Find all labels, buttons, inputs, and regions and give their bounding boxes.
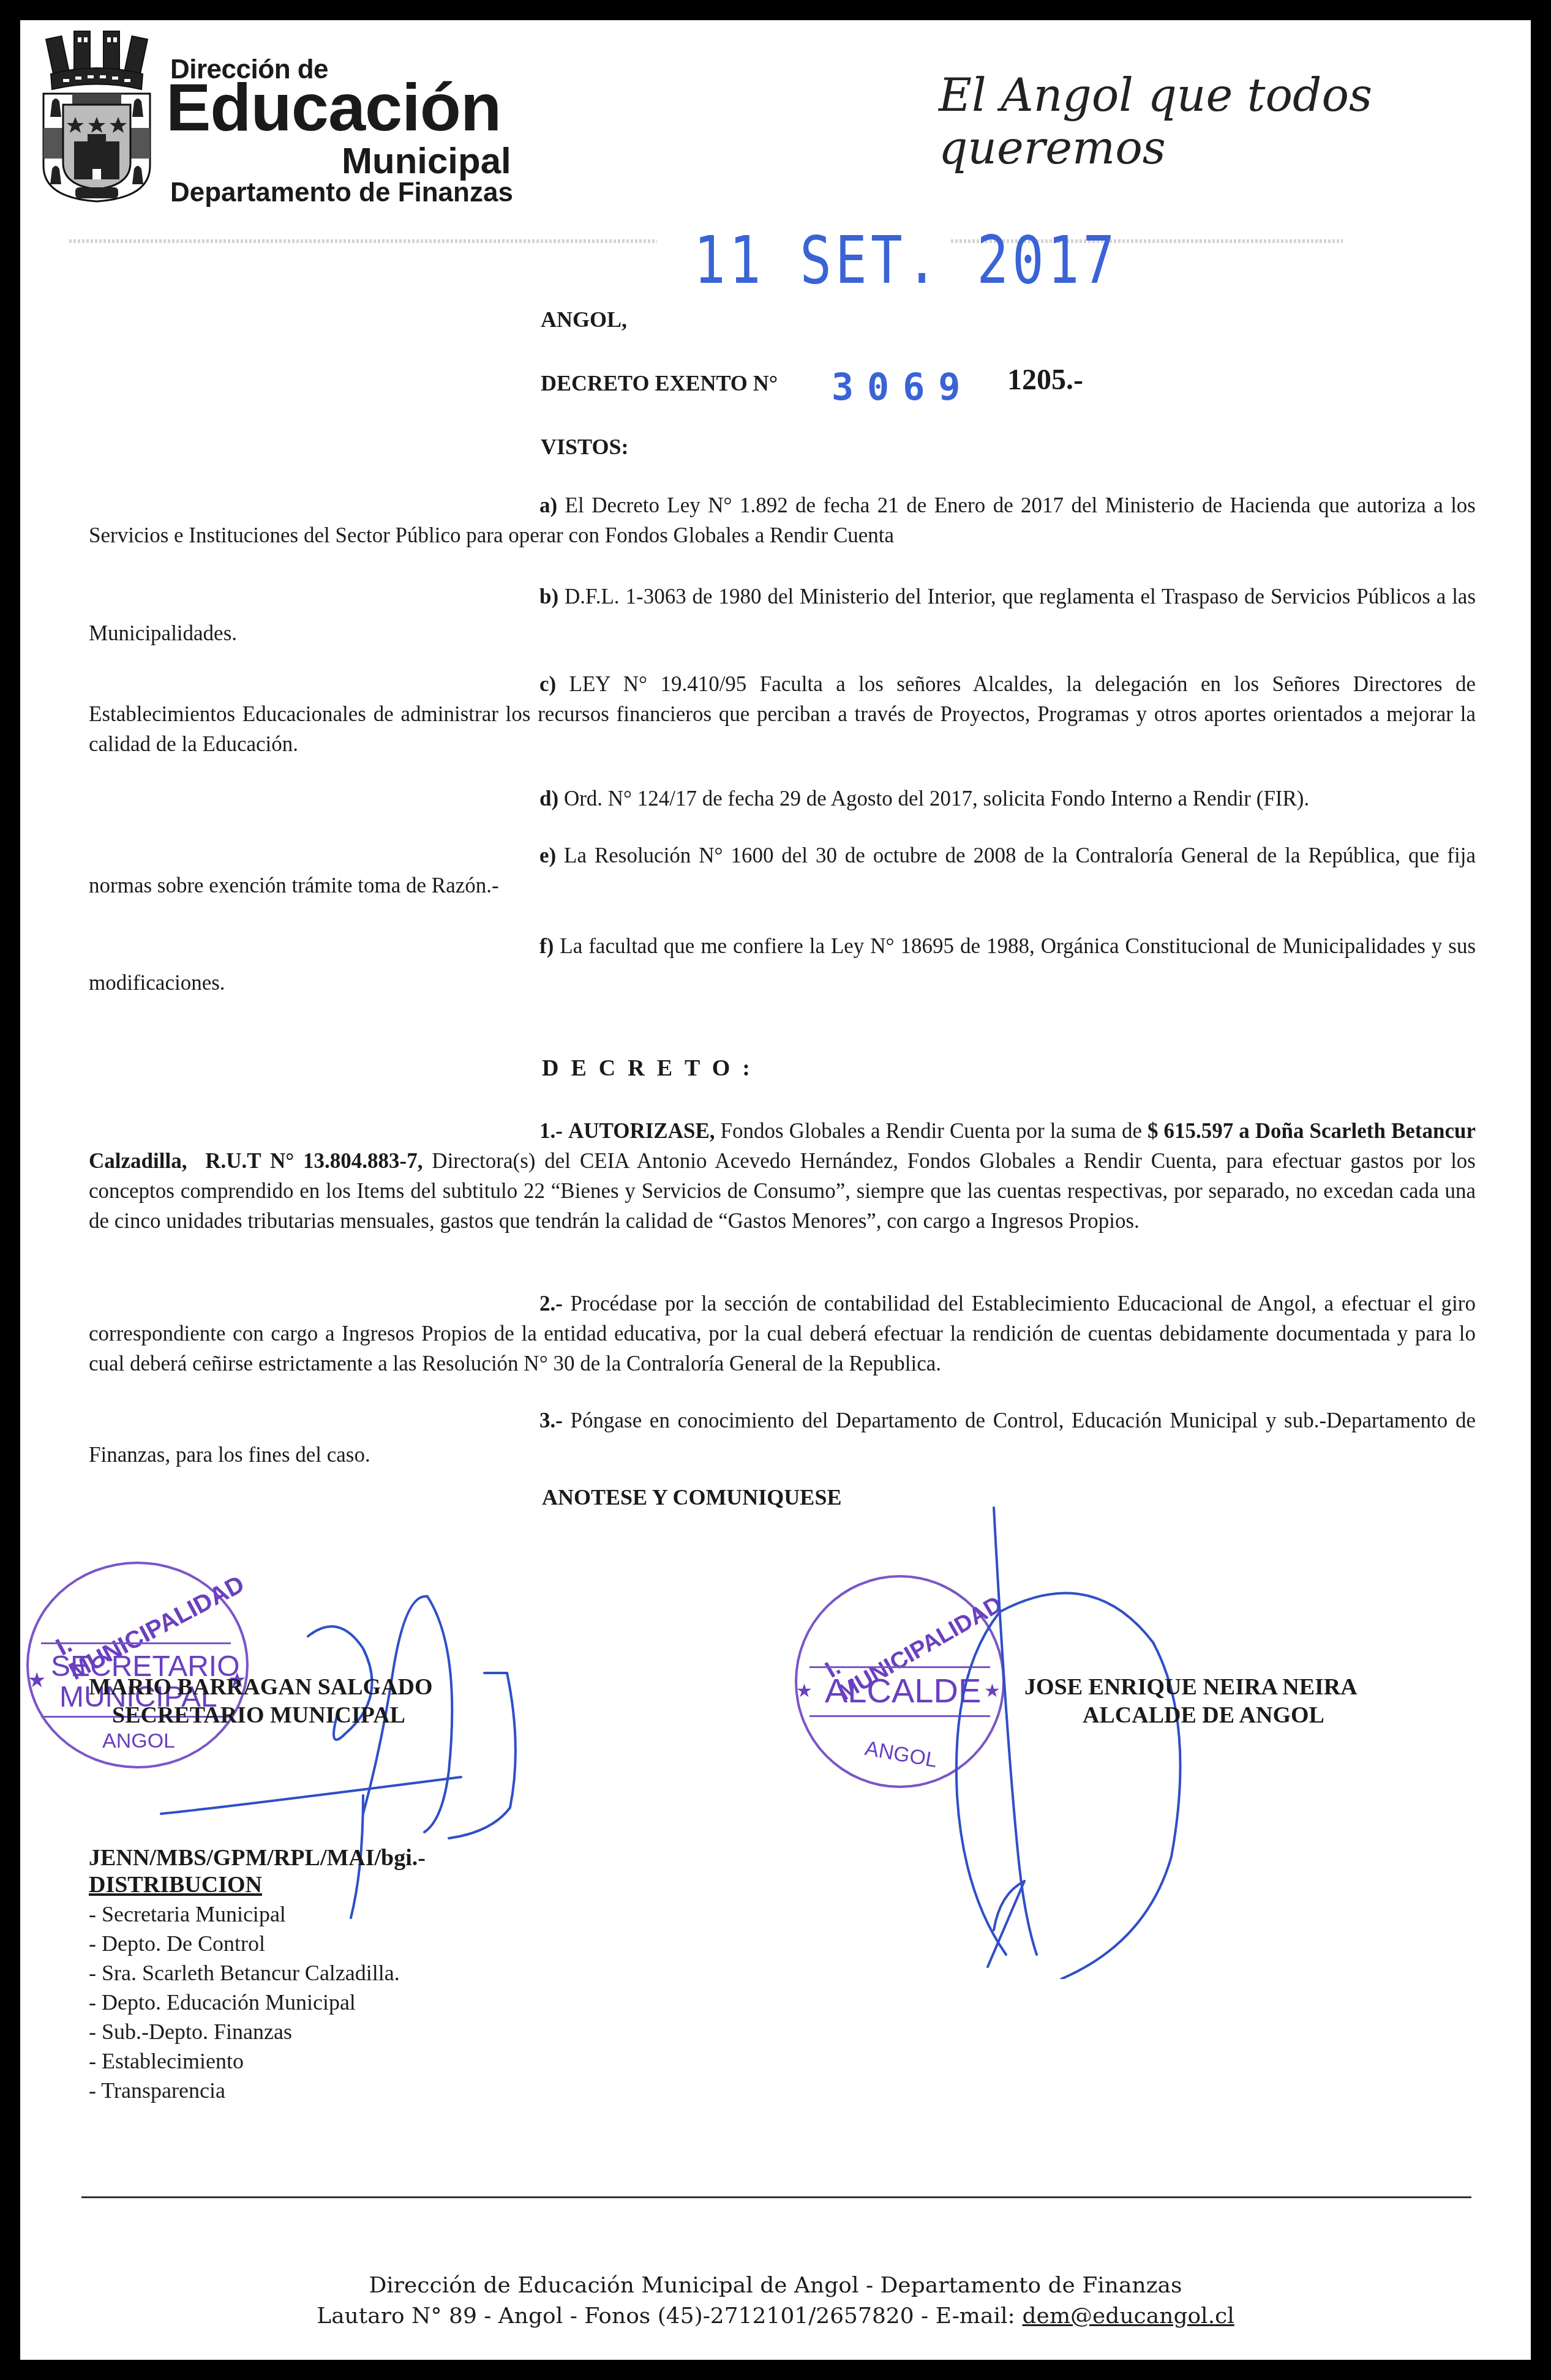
list-item: - Depto. De Control <box>89 1929 400 1958</box>
visto-label: c) <box>539 672 556 696</box>
vistos-heading: VISTOS: <box>541 434 628 460</box>
list-item: - Depto. Educación Municipal <box>89 1988 400 2017</box>
decreto-item-3: 3.- Póngase en conocimiento del Departam… <box>89 1404 1476 1472</box>
footer-org: Dirección de Educación Municipal de Ango… <box>20 2273 1531 2298</box>
decreto-item-1: 1.- AUTORIZASE, Fondos Globales a Rendir… <box>89 1116 1476 1236</box>
item-text: Procédase por la sección de contabilidad… <box>89 1292 1476 1375</box>
item-label: 1.- <box>539 1119 563 1143</box>
footer-contact: Lautaro N° 89 - Angol - Fonos (45)-27121… <box>20 2303 1531 2329</box>
visto-label: e) <box>539 844 556 867</box>
date-stamp: 11 SET. 2017 <box>694 222 1118 299</box>
list-item: - Sra. Scarleth Betancur Calzadilla. <box>89 1958 400 1988</box>
brand-line-departamento: Departamento de Finanzas <box>170 179 513 206</box>
visto-b: b) D.F.L. 1-3063 de 1980 del Ministerio … <box>89 578 1476 652</box>
city-label: ANGOL, <box>541 307 627 332</box>
item-lead: AUTORIZASE, <box>568 1119 715 1143</box>
mayor-name: JOSE ENRIQUE NEIRA NEIRA <box>1024 1673 1358 1701</box>
visto-label: b) <box>539 585 558 608</box>
footer-address: Lautaro N° 89 - Angol - Fonos (45)-27121… <box>317 2303 1015 2329</box>
visto-text: La facultad que me confiere la Ley N° 18… <box>89 934 1476 995</box>
visto-text: Ord. N° 124/17 de fecha 29 de Agosto del… <box>564 787 1309 810</box>
secretary-name: MARIO BARRAGAN SALGADO <box>89 1673 433 1701</box>
list-item: - Establecimiento <box>89 2046 400 2076</box>
distribution-list: - Secretaria Municipal - Depto. De Contr… <box>89 1899 400 2105</box>
item-text: Póngase en conocimiento del Departamento… <box>89 1409 1476 1467</box>
coat-of-arms-icon <box>39 25 155 203</box>
visto-text: La Resolución N° 1600 del 30 de octubre … <box>89 844 1476 897</box>
brand-line-educacion: Educación <box>166 74 501 141</box>
item-label: 3.- <box>539 1409 563 1432</box>
decree-number: 1205.- <box>1007 363 1083 397</box>
visto-label: f) <box>539 934 554 958</box>
visto-text: D.F.L. 1-3063 de 1980 del Ministerio del… <box>89 585 1476 645</box>
visto-e: e) La Resolución N° 1600 del 30 de octub… <box>89 840 1476 900</box>
visto-label: d) <box>539 787 558 810</box>
item-label: 2.- <box>539 1292 563 1315</box>
list-item: - Secretaria Municipal <box>89 1899 400 1929</box>
footer-divider <box>81 2196 1471 2198</box>
brand-line-municipal: Municipal <box>342 143 511 179</box>
decree-label: DECRETO EXENTO N° <box>541 370 778 396</box>
secretary-title: SECRETARIO MUNICIPAL <box>112 1701 405 1729</box>
distribution-heading: DISTRIBUCION <box>89 1871 262 1898</box>
visto-d: d) Ord. N° 124/17 de fecha 29 de Agosto … <box>89 784 1476 814</box>
visto-a: a) El Decreto Ley N° 1.892 de fecha 21 d… <box>89 490 1476 550</box>
decree-number-stamp: 3069 <box>832 366 974 409</box>
decreto-item-2: 2.- Procédase por la sección de contabil… <box>89 1289 1476 1379</box>
rut: R.U.T N° 13.804.883-7, <box>205 1149 422 1173</box>
visto-label: a) <box>539 493 557 517</box>
mayor-title: ALCALDE DE ANGOL <box>1083 1701 1324 1729</box>
visto-text: LEY N° 19.410/95 Faculta a los señores A… <box>89 672 1476 756</box>
decreto-heading: DECRETO: <box>542 1055 762 1082</box>
list-item: - Sub.-Depto. Finanzas <box>89 2017 400 2046</box>
header-dotted-rule-left <box>69 239 657 243</box>
slogan: El Angol que todos queremos <box>939 69 1531 174</box>
list-item: - Transparencia <box>89 2076 400 2105</box>
item-text: Fondos Globales a Rendir Cuenta por la s… <box>715 1119 1147 1143</box>
author-initials: JENN/MBS/GPM/RPL/MAI/bgi.- <box>89 1844 426 1871</box>
document-page: Dirección de Educación Municipal Departa… <box>20 20 1531 2360</box>
email-link[interactable]: dem@educangol.cl <box>1023 2303 1234 2329</box>
visto-f: f) La facultad que me confiere la Ley N°… <box>89 928 1476 1001</box>
visto-c: c) LEY N° 19.410/95 Faculta a los señore… <box>89 669 1476 759</box>
visto-text: El Decreto Ley N° 1.892 de fecha 21 de E… <box>89 493 1476 547</box>
